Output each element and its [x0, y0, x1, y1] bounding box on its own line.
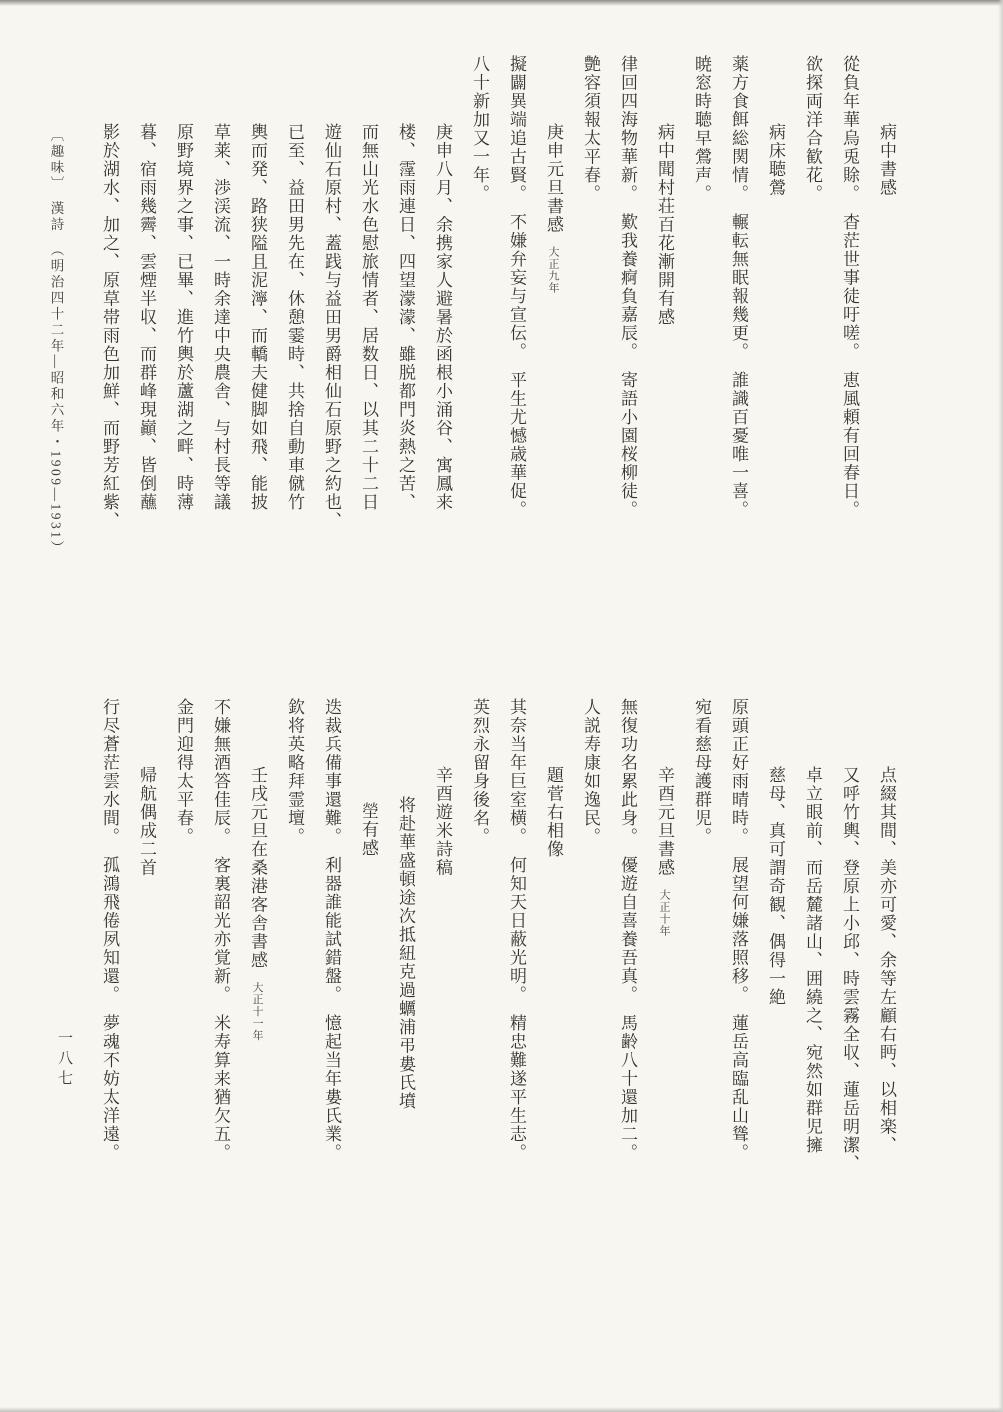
column-text: 庚申八月、余携家人避暑於函根小涌谷、寓鳳来: [433, 123, 452, 512]
poem-verse-column: 八十新加又一年。: [469, 55, 488, 691]
column-text: 帰航偶成二首: [137, 766, 156, 877]
poem-title-column: 帰航偶成二首: [136, 698, 155, 1388]
column-text: 從負年華烏兎賖。 杳茫世事徒吁嗟。 恵風頼有回春日。: [840, 55, 859, 519]
column-text: 点綴其間、美亦可愛、余等左顧右眄、以相楽、: [877, 766, 896, 1155]
column-text: 影於湖水、加之、原草帯雨色加鮮、而野芳紅紫、: [100, 123, 119, 530]
column-text: 英烈永留身後名。: [470, 698, 489, 846]
column-text: 迭裁兵備事還難。 利器誰能試錯盤。 憶起当年婁氏業。: [322, 698, 341, 1162]
column-text: 宛看慈母護群児。: [692, 698, 711, 846]
poem-title-column: 病中書感: [876, 55, 895, 691]
column-text: 而無山光水色慰旅情者、居数日、以其二十二日: [359, 123, 378, 512]
poem-verse-column: 行尽蒼茫雲水間。 孤鴻飛倦夙知還。 夢魂不妨太洋遠。: [99, 698, 118, 1388]
poem-title-column: 辛酉元旦書感 大正十年: [654, 698, 673, 1388]
column-text: 擬闢異端追古賢。 不嫌弁妄与宣伝。 平生尤憾歳華促。: [507, 55, 526, 519]
page-number: 一八七: [56, 1030, 71, 1090]
column-text: 行尽蒼茫雲水間。 孤鴻飛倦夙知還。 夢魂不妨太洋遠。: [100, 698, 119, 1162]
column-text: 暮、宿雨幾霽、雲煙半収、而群峰現巓、皆倒蘸: [137, 123, 156, 512]
poem-verse-column: 暁窓時聴早鶯声。: [691, 55, 710, 691]
column-text: 題菅右相像: [544, 766, 563, 859]
column-text: 不嫌無酒答佳辰。 客裏韶光亦覚新。 米寿算来猶欠五。: [211, 698, 230, 1162]
poem-verse-column: 不嫌無酒答佳辰。 客裏韶光亦覚新。 米寿算来猶欠五。: [210, 698, 229, 1388]
column-text: 卓立眼前、而岳麓諸山、囲繞之、宛然如群児擁: [803, 766, 822, 1155]
column-text: 人説寿康如逸民。: [581, 698, 600, 846]
column-text: 艶容須報太平春。: [581, 55, 600, 203]
poem-verse-column: 無復功名累此身。 優遊自喜養吾真。 馬齢八十還加二。: [617, 698, 636, 1388]
poem-verse-column: 艶容須報太平春。: [580, 55, 599, 691]
column-text: 無復功名累此身。 優遊自喜養吾真。 馬齢八十還加二。: [618, 698, 637, 1162]
poem-title-column: 壬戌元旦在桑港客舎書感 大正十一年: [247, 698, 266, 1388]
poem-title-column: 庚申元旦書感 大正九年: [543, 55, 562, 691]
poem-verse-column: 金門迎得太平春。: [173, 698, 192, 1388]
scan-edge-right: [998, 0, 1003, 1412]
column-text: 塋有感: [359, 802, 378, 858]
column-text: 慈母、真可謂奇観、偶得一絶: [766, 766, 785, 1007]
poem-verse-column: 欲探両洋合歓花。: [802, 55, 821, 691]
kanshi-book-page: 病中書感從負年華烏兎賖。 杳茫世事徒吁嗟。 恵風頼有回春日。欲探両洋合歓花。病床…: [0, 0, 1003, 1412]
column-text: 已至、益田男先在、休憩霎時、共捨自動車僦竹: [285, 123, 304, 512]
poem-subtitle-column: 将赴華盛頓途次抵紐克過蠣浦弔婁氏墳: [395, 698, 414, 1388]
preface-prose-column: 庚申八月、余携家人避暑於函根小涌谷、寓鳳来: [432, 55, 451, 691]
column-text: 其奈当年巨室横。 何知天日蔽光明。 精忠難遂平生志。: [507, 698, 526, 1162]
running-head: 〔趣味〕 漢詩 （明治四十二年―昭和六年・1909―1931）: [49, 128, 63, 557]
poem-verse-column: 律回四海物華新。 歎我養痾負嘉辰。 寄語小園桜柳徒。: [617, 55, 636, 691]
era-year-note: 大正十年: [658, 877, 670, 937]
column-text: 原野境界之事、已畢、進竹輿於蘆湖之畔、時薄: [174, 123, 193, 512]
preface-prose-column: 卓立眼前、而岳麓諸山、囲繞之、宛然如群児擁: [802, 698, 821, 1388]
top-text-block: 病中書感從負年華烏兎賖。 杳茫世事徒吁嗟。 恵風頼有回春日。欲探両洋合歓花。病床…: [81, 55, 895, 691]
column-text: 欽将英略拜霊壇。: [285, 698, 304, 846]
preface-prose-column: 原野境界之事、已畢、進竹輿於蘆湖之畔、時薄: [173, 55, 192, 691]
poem-title-column: 病床聴鶯: [765, 55, 784, 691]
preface-prose-column: 草莱、渉渓流、一時余達中央農舎、与村長等議: [210, 55, 229, 691]
preface-prose-column: 楼、霪雨連日、四望濛濛、雖脱都門炎熱之苦、: [395, 55, 414, 691]
column-text: 楼、霪雨連日、四望濛濛、雖脱都門炎熱之苦、: [396, 123, 415, 512]
column-text: 草莱、渉渓流、一時余達中央農舎、与村長等議: [211, 123, 230, 512]
preface-prose-column: 影於湖水、加之、原草帯雨色加鮮、而野芳紅紫、: [99, 55, 118, 691]
column-text: 金門迎得太平春。: [174, 698, 193, 846]
poem-verse-column: 迭裁兵備事還難。 利器誰能試錯盤。 憶起当年婁氏業。: [321, 698, 340, 1388]
column-text: 欲探両洋合歓花。: [803, 55, 822, 203]
column-text: 八十新加又一年。: [470, 55, 489, 203]
preface-prose-column: 慈母、真可謂奇観、偶得一絶: [765, 698, 784, 1388]
preface-prose-column: 又呼竹輿、登原上小邱、時雲霧全収、蓮岳明潔、: [839, 698, 858, 1388]
preface-prose-column: 暮、宿雨幾霽、雲煙半収、而群峰現巓、皆倒蘸: [136, 55, 155, 691]
column-text: 辛酉元旦書感: [655, 766, 674, 877]
poem-verse-column: 薬方食餌総関情。 輾転無眠報幾更。 誰識百憂唯一喜。: [728, 55, 747, 691]
column-text: 病中書感: [877, 123, 896, 197]
poem-subtitle-column: 塋有感: [358, 698, 377, 1388]
column-text: 暁窓時聴早鶯声。: [692, 55, 711, 203]
poem-verse-column: 擬闢異端追古賢。 不嫌弁妄与宣伝。 平生尤憾歳華促。: [506, 55, 525, 691]
column-text: 壬戌元旦在桑港客舎書感: [248, 766, 267, 970]
column-text: 病中聞村荘百花漸開有感: [655, 123, 674, 327]
poem-title-column: 題菅右相像: [543, 698, 562, 1388]
poem-verse-column: 欽将英略拜霊壇。: [284, 698, 303, 1388]
era-year-note: 大正十一年: [251, 970, 263, 1042]
poem-verse-column: 宛看慈母護群児。: [691, 698, 710, 1388]
poem-verse-column: 其奈当年巨室横。 何知天日蔽光明。 精忠難遂平生志。: [506, 698, 525, 1388]
poem-verse-column: 英烈永留身後名。: [469, 698, 488, 1388]
column-text: 輿而発、路狭隘且泥濘、而轎夫健脚如飛、能披: [248, 123, 267, 512]
column-text: 病床聴鶯: [766, 123, 785, 197]
poem-verse-column: 從負年華烏兎賖。 杳茫世事徒吁嗟。 恵風頼有回春日。: [839, 55, 858, 691]
column-text: 薬方食餌総関情。 輾転無眠報幾更。 誰識百憂唯一喜。: [729, 55, 748, 519]
era-year-note: 大正九年: [547, 234, 559, 294]
preface-prose-column: 点綴其間、美亦可愛、余等左顧右眄、以相楽、: [876, 698, 895, 1388]
bottom-text-block: 点綴其間、美亦可愛、余等左顧右眄、以相楽、又呼竹輿、登原上小邱、時雲霧全収、蓮岳…: [81, 698, 895, 1388]
preface-prose-column: 已至、益田男先在、休憩霎時、共捨自動車僦竹: [284, 55, 303, 691]
preface-prose-column: 遊仙石原村、蓋践与益田男爵相仙石原野之約也、: [321, 55, 340, 691]
column-text: 辛酉遊米詩稿: [433, 766, 452, 877]
column-text: 律回四海物華新。 歎我養痾負嘉辰。 寄語小園桜柳徒。: [618, 55, 637, 519]
scan-edge-bottom: [0, 1407, 1003, 1412]
poem-verse-column: 人説寿康如逸民。: [580, 698, 599, 1388]
column-text: 原頭正好雨晴時。 展望何嫌落照移。 蓮岳高臨乱山聳。: [729, 698, 748, 1162]
scan-edge-top: [0, 0, 1003, 6]
column-text: 庚申元旦書感: [544, 123, 563, 234]
column-text: 将赴華盛頓途次抵紐克過蠣浦弔婁氏墳: [396, 796, 415, 1111]
poem-verse-column: 原頭正好雨晴時。 展望何嫌落照移。 蓮岳高臨乱山聳。: [728, 698, 747, 1388]
column-text: 又呼竹輿、登原上小邱、時雲霧全収、蓮岳明潔、: [840, 766, 859, 1173]
preface-prose-column: 輿而発、路狭隘且泥濘、而轎夫健脚如飛、能披: [247, 55, 266, 691]
poem-title-column: 病中聞村荘百花漸開有感: [654, 55, 673, 691]
preface-prose-column: 而無山光水色慰旅情者、居数日、以其二十二日: [358, 55, 377, 691]
poem-title-column: 辛酉遊米詩稿: [432, 698, 451, 1388]
column-text: 遊仙石原村、蓋践与益田男爵相仙石原野之約也、: [322, 123, 341, 530]
